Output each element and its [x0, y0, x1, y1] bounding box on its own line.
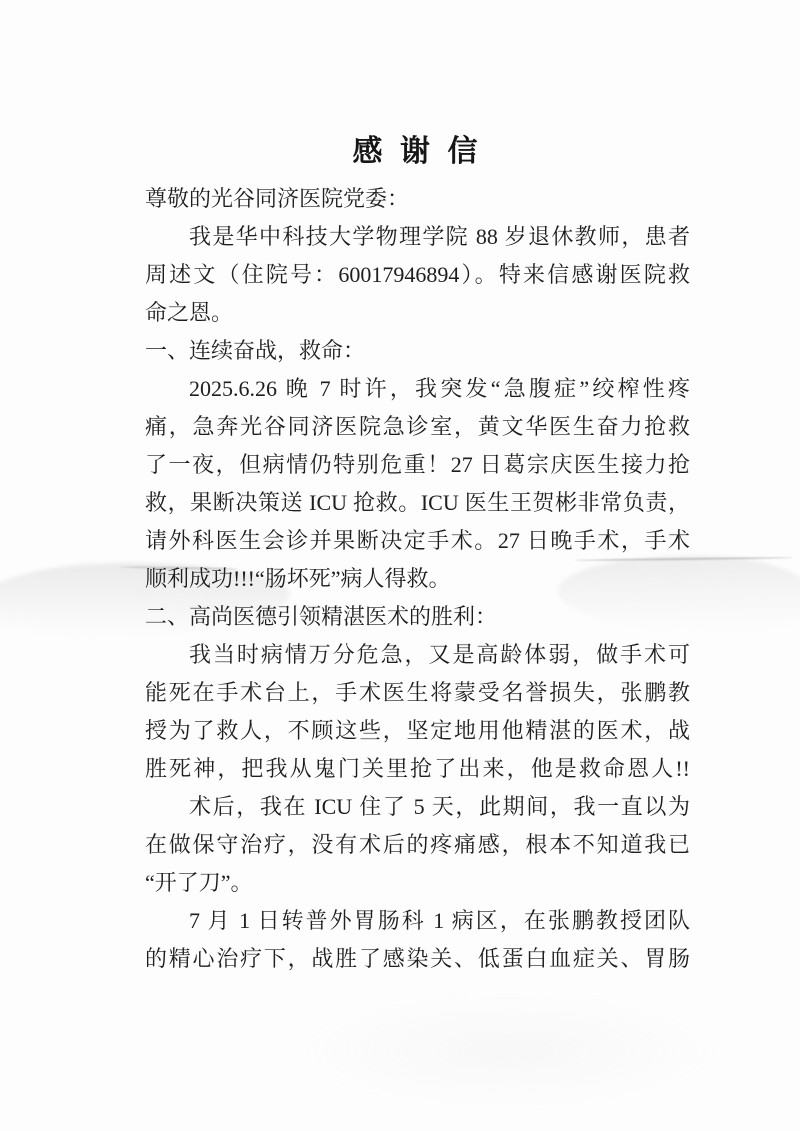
- letter-line: 痛，急奔光谷同济医院急诊室，黄文华医生奋力抢救: [145, 408, 690, 446]
- letter-line: 二、高尚医德引领精湛医术的胜利：: [145, 598, 690, 636]
- letter-line: 周述文（住院号：60017946894）。特来信感谢医院救: [145, 256, 690, 294]
- letter-line: 能死在手术台上，手术医生将蒙受名誉损失，张鹏教: [145, 674, 690, 712]
- letter-line: 顺利成功!!!“肠坏死”病人得救。: [145, 560, 690, 598]
- letter-line: 授为了救人，不顾这些，坚定地用他精湛的医术，战: [145, 712, 690, 750]
- letter-line: 2025.6.26 晚 7 时许，我突发“急腹症”绞榨性疼: [145, 370, 690, 408]
- letter-line: “开了刀”。: [145, 864, 690, 902]
- letter-line: 了一夜，但病情仍特别危重！27 日葛宗庆医生接力抢: [145, 446, 690, 484]
- letter-line: 我是华中科技大学物理学院 88 岁退休教师，患者: [145, 218, 690, 256]
- letter-line: 在做保守治疗，没有术后的疼痛感，根本不知道我已: [145, 826, 690, 864]
- letter-line: 命之恩。: [145, 294, 690, 332]
- letter-line: 救，果断决策送 ICU 抢救。ICU 医生王贺彬非常负责，: [145, 484, 690, 522]
- letter-line: 一、连续奋战，救命：: [145, 332, 690, 370]
- letter-line: 我当时病情万分危急，又是高龄体弱，做手术可: [145, 636, 690, 674]
- letter-title: 感 谢 信: [145, 132, 690, 172]
- letter-line: 请外科医生会诊并果断决定手术。27 日晚手术，手术: [145, 522, 690, 560]
- scanned-letter-page: 感 谢 信 尊敬的光谷同济医院党委： 我是华中科技大学物理学院 88 岁退休教师…: [0, 0, 800, 1131]
- scan-shadow-bottom: [300, 990, 720, 1110]
- letter-line: 术后，我在 ICU 住了 5 天，此期间，我一直以为: [145, 788, 690, 826]
- letter-line: 7 月 1 日转普外胃肠科 1 病区，在张鹏教授团队: [145, 902, 690, 940]
- letter-body: 尊敬的光谷同济医院党委： 我是华中科技大学物理学院 88 岁退休教师，患者 周述…: [145, 180, 690, 978]
- letter-line: 胜死神，把我从鬼门关里抢了出来，他是救命恩人!!: [145, 750, 690, 788]
- letter-line: 尊敬的光谷同济医院党委：: [145, 180, 690, 218]
- letter-line: 的精心治疗下，战胜了感染关、低蛋白血症关、胃肠: [145, 940, 690, 978]
